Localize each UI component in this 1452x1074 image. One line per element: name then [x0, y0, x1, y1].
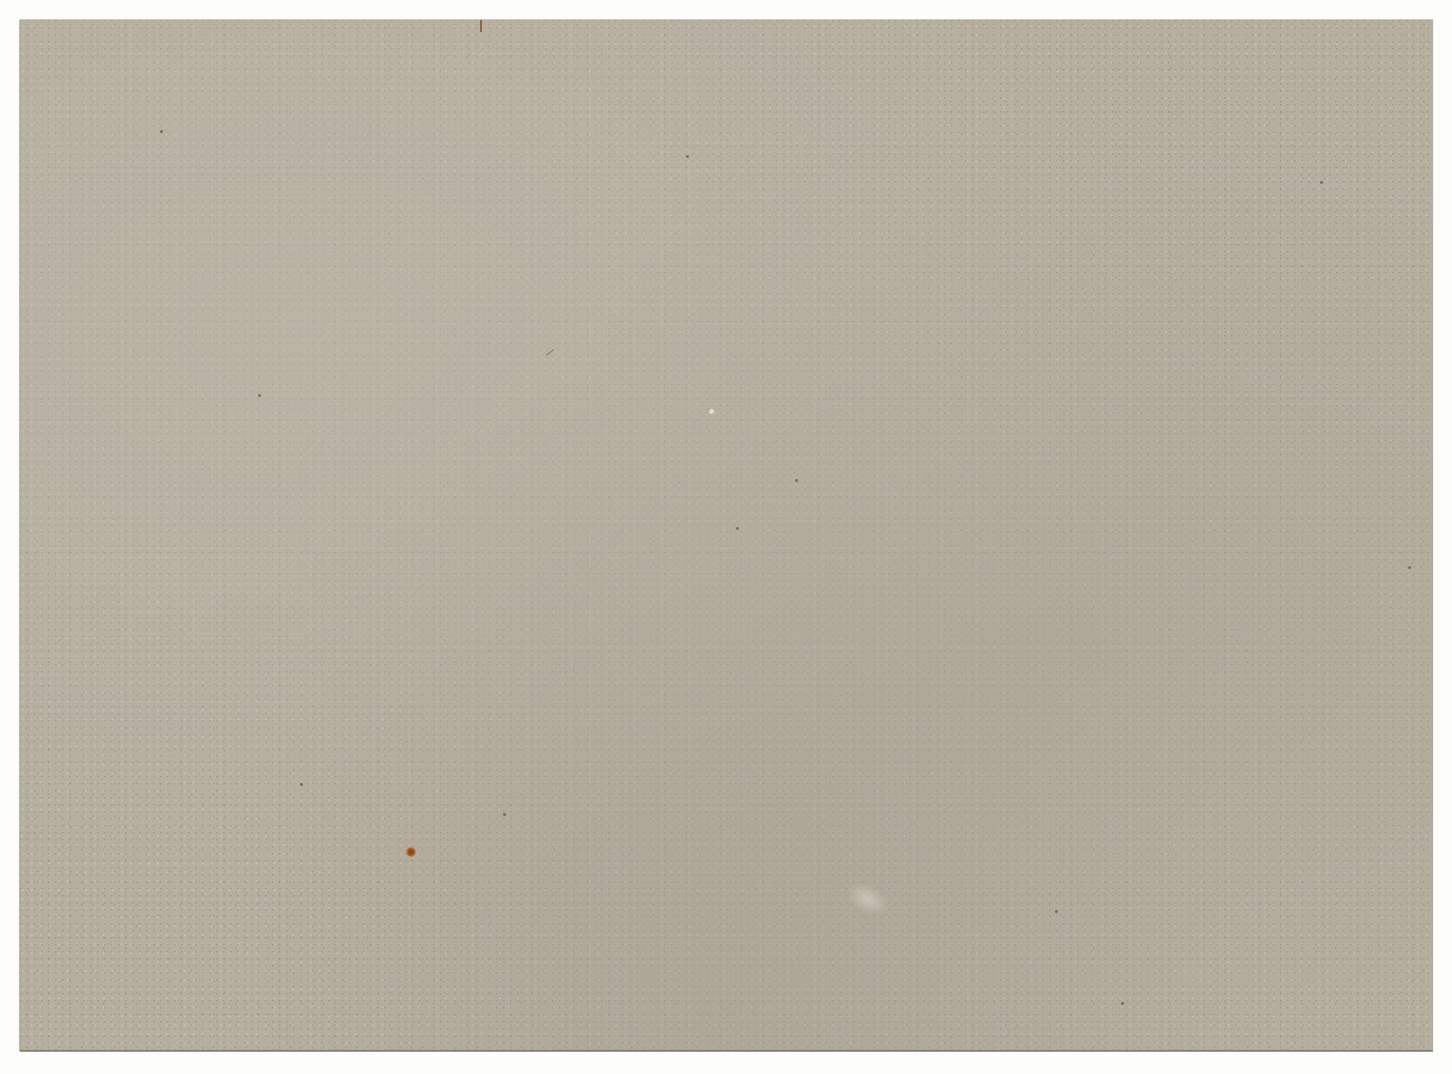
paper-speck — [795, 479, 798, 482]
paper-speck — [686, 155, 689, 158]
paper-bottom-edge — [20, 1050, 1433, 1052]
paper-speck — [736, 527, 739, 530]
light-fleck — [709, 409, 714, 414]
paper-speck — [1408, 566, 1411, 569]
paper-speck — [503, 813, 506, 816]
paper-speck — [1121, 1002, 1124, 1005]
paper-top-edge — [20, 19, 1433, 20]
paper-speck — [300, 783, 303, 786]
paper-speck — [258, 394, 261, 397]
paper-speck — [1320, 181, 1323, 184]
rust-stain-spot — [406, 847, 416, 857]
paper-speck — [160, 130, 163, 133]
paper-left-edge — [19, 20, 20, 1051]
top-edge-mark — [480, 20, 482, 32]
blank-paper-sheet — [20, 20, 1433, 1051]
scanned-page — [0, 0, 1452, 1074]
paper-speck — [1055, 910, 1058, 913]
